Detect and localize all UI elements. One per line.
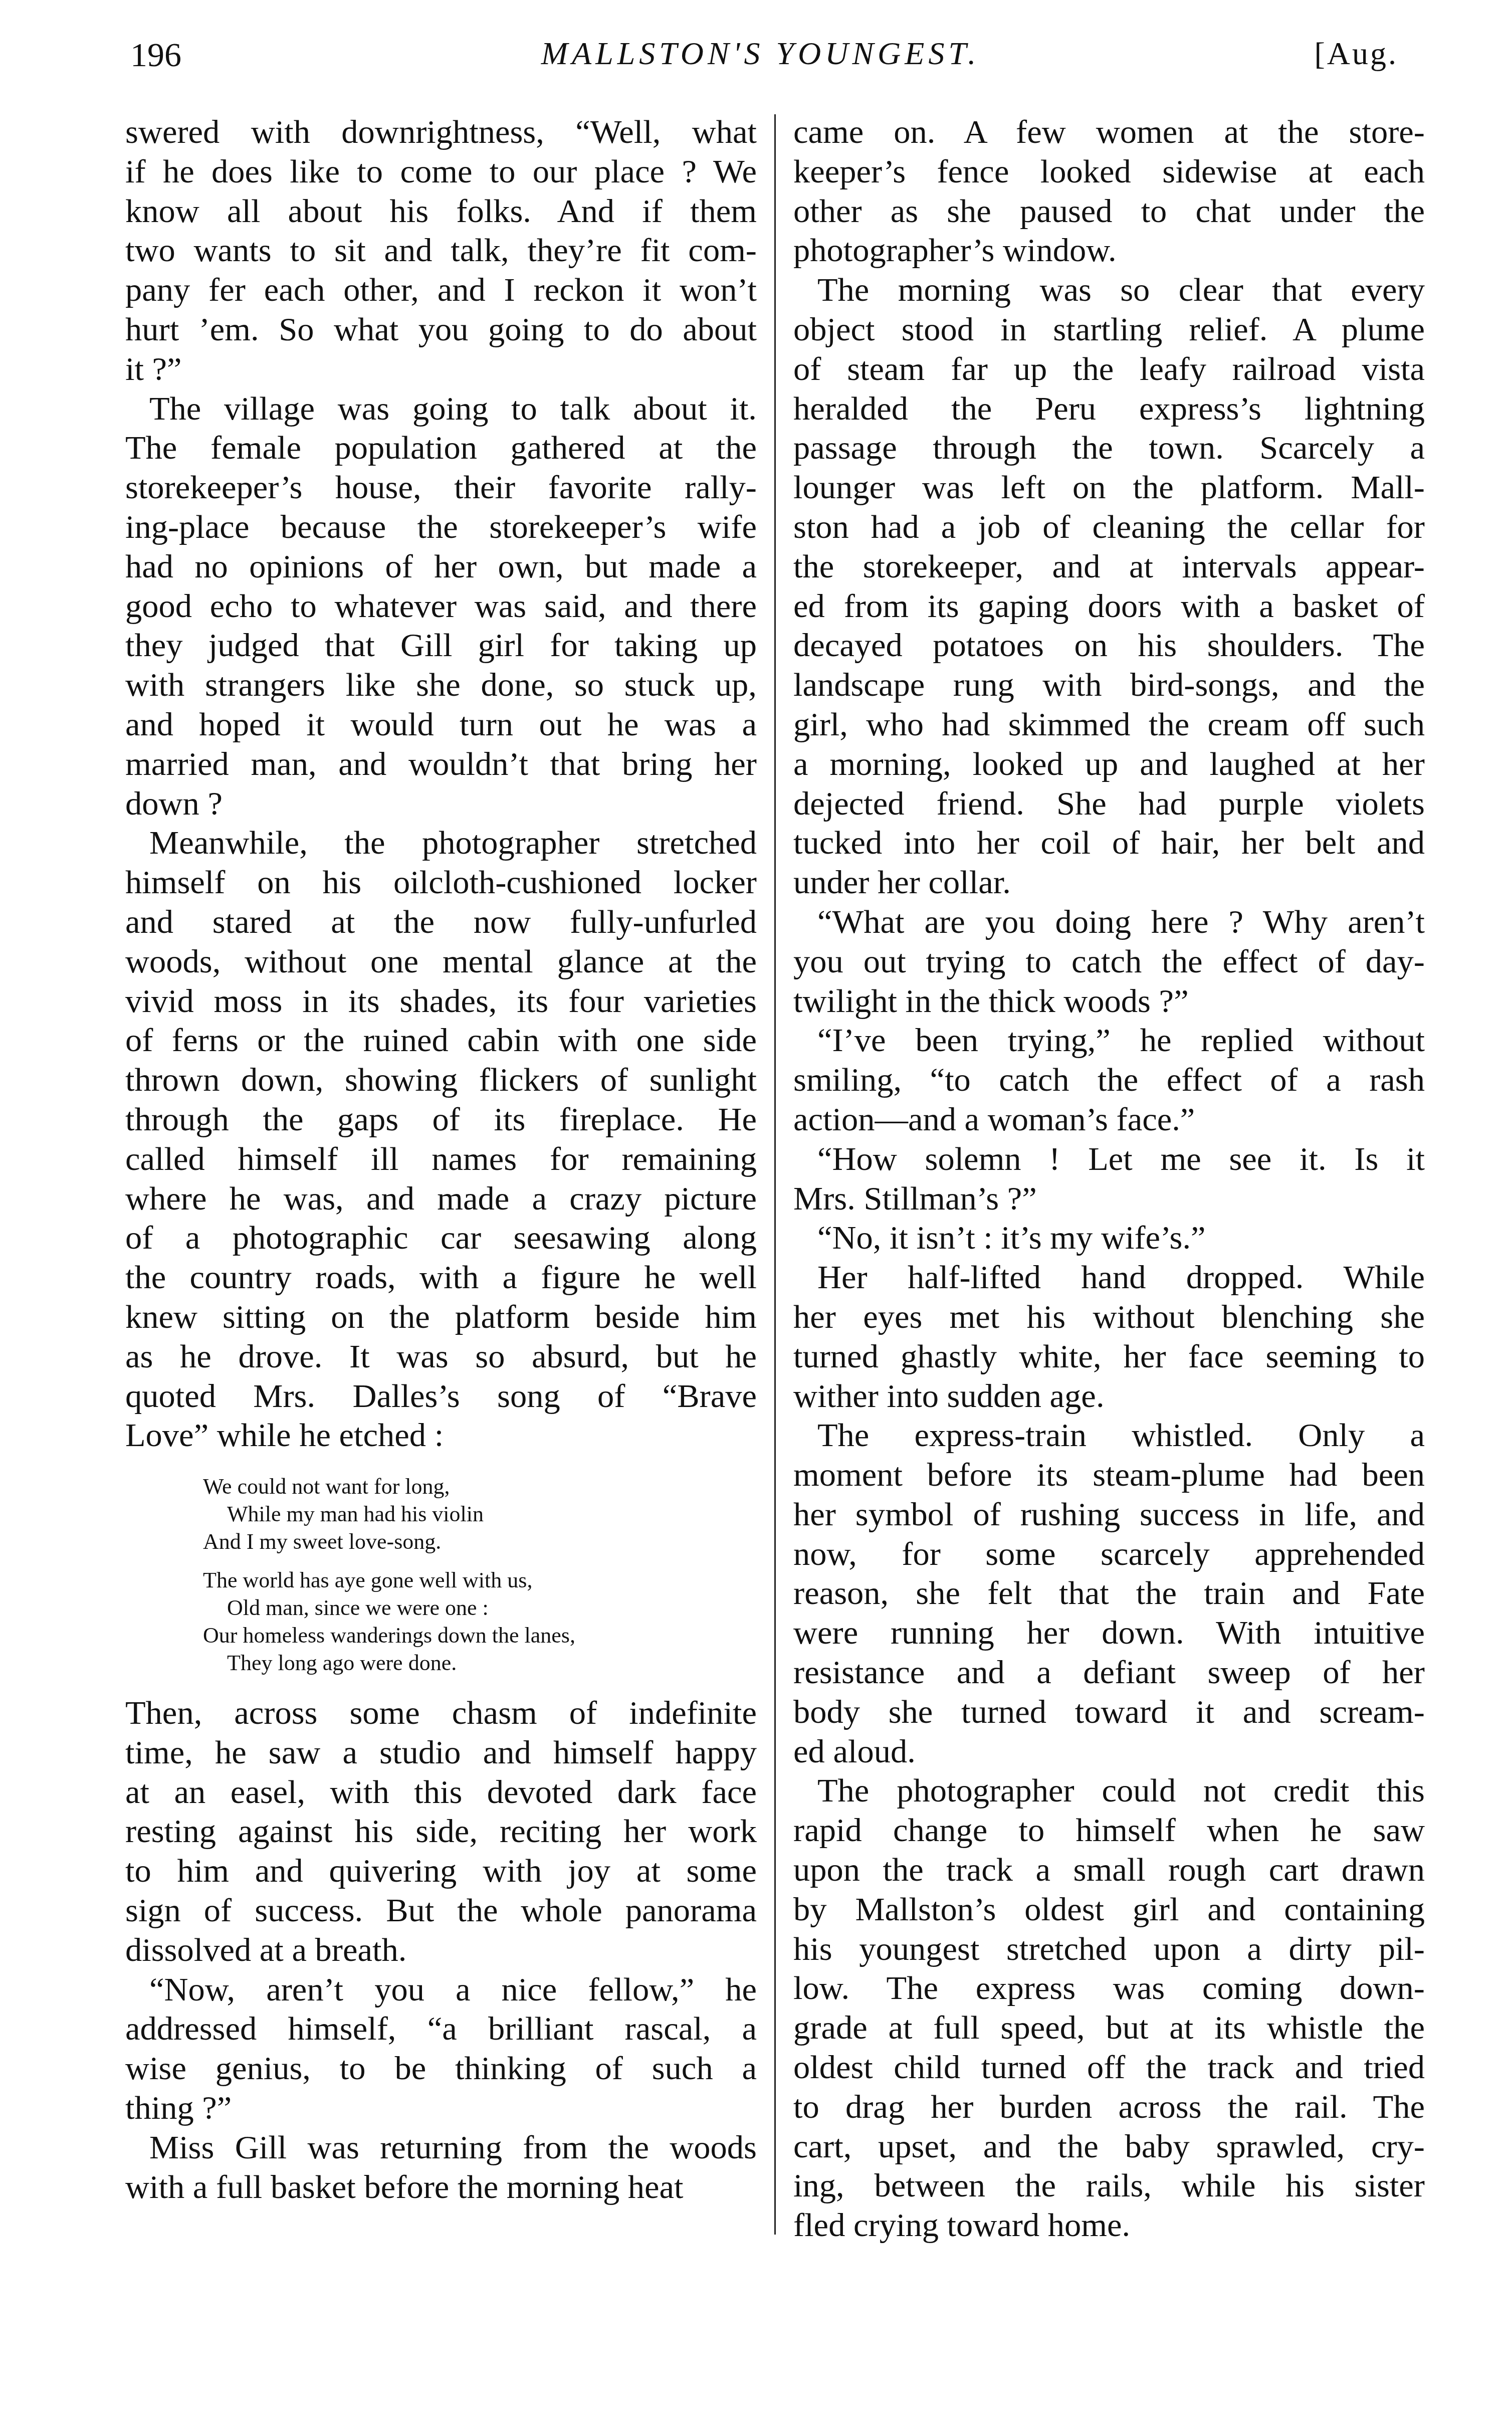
right-column: came on. A few women at the store-keeper… (793, 113, 1425, 2246)
text-line: to drag her burden across the rail. The (793, 2088, 1425, 2127)
poem-block: We could not want for long, While my man… (203, 1473, 757, 1677)
text-line: “Now, aren’t you a nice fellow,” he (125, 1970, 757, 2010)
text-line: pany fer each other, and I reckon it won… (125, 271, 757, 310)
text-line: Then, across some chasm of indefinite (125, 1694, 757, 1733)
text-line: and stared at the now fully-unfurled (125, 903, 757, 942)
text-line: ston had a job of cleaning the cellar fo… (793, 508, 1425, 547)
text-line: “How solemn ! Let me see it. Is it (793, 1140, 1425, 1179)
text-line: Meanwhile, the photographer stretched (125, 824, 757, 863)
text-line: thrown down, showing flickers of sunligh… (125, 1061, 757, 1100)
text-line: married man, and wouldn’t that bring her (125, 745, 757, 784)
text-line: of steam far up the leafy railroad vista (793, 350, 1425, 389)
text-line: photographer’s window. (793, 231, 1425, 271)
text-line: to him and quivering with joy at some (125, 1852, 757, 1891)
text-line: resting against his side, reciting her w… (125, 1812, 757, 1852)
running-title: MALLSTON'S YOUNGEST. (123, 35, 1398, 72)
text-line: woods, without one mental glance at the (125, 942, 757, 982)
left-column-text-a: swered with downrightness, “Well, whatif… (125, 113, 757, 1456)
text-line: good echo to whatever was said, and ther… (125, 587, 757, 627)
text-line: body she turned toward it and scream- (793, 1693, 1425, 1732)
text-line: “I’ve been trying,” he replied without (793, 1021, 1425, 1061)
poem-line: And I my sweet love-song. (203, 1528, 757, 1555)
text-line: two wants to sit and talk, they’re fit c… (125, 231, 757, 271)
text-line: had no opinions of her own, but made a (125, 547, 757, 587)
text-line: The morning was so clear that every (793, 271, 1425, 310)
text-line: upon the track a small rough cart drawn (793, 1851, 1425, 1890)
text-line: moment before its steam-plume had been (793, 1456, 1425, 1495)
text-line: dissolved at a breath. (125, 1931, 757, 1970)
text-line: and hoped it would turn out he was a (125, 705, 757, 745)
text-line: himself on his oilcloth-cushioned locker (125, 863, 757, 903)
text-line: tucked into her coil of hair, her belt a… (793, 824, 1425, 863)
text-line: rapid change to himself when he saw (793, 1811, 1425, 1851)
text-line: girl, who had skimmed the cream off such (793, 705, 1425, 745)
text-line: it ?” (125, 350, 757, 389)
text-line: the storekeeper, and at intervals appear… (793, 547, 1425, 587)
text-line: the country roads, with a figure he well (125, 1258, 757, 1298)
text-line: with strangers like she done, so stuck u… (125, 666, 757, 705)
page-header: 196 MALLSTON'S YOUNGEST. [Aug. (123, 30, 1398, 85)
text-line: thing ?” (125, 2089, 757, 2128)
text-line: of a photographic car seesawing along (125, 1219, 757, 1258)
text-line: as he drove. It was so absurd, but he (125, 1337, 757, 1377)
month-label: [Aug. (1314, 35, 1398, 72)
text-line: through the gaps of its fireplace. He (125, 1100, 757, 1140)
text-line: knew sitting on the platform beside him (125, 1298, 757, 1337)
text-line: her eyes met his without blenching she (793, 1298, 1425, 1337)
poem-stanza-2: The world has aye gone well with us, Old… (203, 1566, 757, 1677)
text-line: lounger was left on the platform. Mall- (793, 468, 1425, 508)
poem-line: Our homeless wanderings down the lanes, (203, 1622, 757, 1649)
text-line: under her collar. (793, 863, 1425, 903)
text-line: down ? (125, 784, 757, 824)
text-line: other as she paused to chat under the (793, 192, 1425, 232)
text-line: “No, it isn’t : it’s my wife’s.” (793, 1219, 1425, 1258)
text-line: time, he saw a studio and himself happy (125, 1733, 757, 1773)
poem-line: While my man had his violin (203, 1500, 757, 1528)
text-line: The female population gathered at the (125, 429, 757, 468)
text-line: resistance and a defiant sweep of her (793, 1653, 1425, 1693)
text-line: low. The express was coming down- (793, 1969, 1425, 2008)
poem-line: The world has aye gone well with us, (203, 1566, 757, 1594)
text-line: Miss Gill was returning from the woods (125, 2128, 757, 2168)
text-line: landscape rung with bird-songs, and the (793, 666, 1425, 705)
text-line: ed from its gaping doors with a basket o… (793, 587, 1425, 627)
text-line: swered with downrightness, “Well, what (125, 113, 757, 152)
column-divider (774, 114, 776, 2235)
text-line: where he was, and made a crazy picture (125, 1179, 757, 1219)
text-line: Mrs. Stillman’s ?” (793, 1179, 1425, 1219)
right-column-text: came on. A few women at the store-keeper… (793, 113, 1425, 2246)
left-column-text-b: Then, across some chasm of indefinitetim… (125, 1694, 757, 2207)
text-line: oldest child turned off the track and tr… (793, 2048, 1425, 2088)
text-line: The express-train whistled. Only a (793, 1416, 1425, 1456)
text-line: wither into sudden age. (793, 1377, 1425, 1417)
text-line: twilight in the thick woods ?” (793, 982, 1425, 1022)
text-line: were running her down. With intuitive (793, 1614, 1425, 1653)
text-line: his youngest stretched upon a dirty pil- (793, 1930, 1425, 1969)
text-line: ing-place because the storekeeper’s wife (125, 508, 757, 547)
text-line: by Mallston’s oldest girl and containing (793, 1890, 1425, 1930)
text-line: know all about his folks. And if them (125, 192, 757, 232)
text-line: a morning, looked up and laughed at her (793, 745, 1425, 784)
text-line: decayed potatoes on his shoulders. The (793, 626, 1425, 666)
text-line: reason, she felt that the train and Fate (793, 1574, 1425, 1614)
text-line: passage through the town. Scarcely a (793, 429, 1425, 468)
text-line: quoted Mrs. Dalles’s song of “Brave (125, 1377, 757, 1417)
text-line: they judged that Gill girl for taking up (125, 626, 757, 666)
text-line: The village was going to talk about it. (125, 389, 757, 429)
text-line: smiling, “to catch the effect of a rash (793, 1061, 1425, 1100)
text-line: The photographer could not credit this (793, 1771, 1425, 1811)
text-line: at an easel, with this devoted dark face (125, 1773, 757, 1813)
text-line: if he does like to come to our place ? W… (125, 152, 757, 192)
text-line: of ferns or the ruined cabin with one si… (125, 1021, 757, 1061)
text-line: called himself ill names for remaining (125, 1140, 757, 1179)
text-line: cart, upset, and the baby sprawled, cry- (793, 2127, 1425, 2167)
text-line: with a full basket before the morning he… (125, 2168, 757, 2207)
text-line: came on. A few women at the store- (793, 113, 1425, 152)
text-line: her symbol of rushing success in life, a… (793, 1495, 1425, 1535)
text-line: fled crying toward home. (793, 2206, 1425, 2246)
text-line: storekeeper’s house, their favorite rall… (125, 468, 757, 508)
text-line: Love” while he etched : (125, 1416, 757, 1456)
poem-line: Old man, since we were one : (203, 1594, 757, 1622)
text-line: “What are you doing here ? Why aren’t (793, 903, 1425, 942)
text-line: sign of success. But the whole panorama (125, 1891, 757, 1931)
text-line: heralded the Peru express’s lightning (793, 389, 1425, 429)
left-column: swered with downrightness, “Well, whatif… (125, 113, 757, 2207)
text-line: turned ghastly white, her face seeming t… (793, 1337, 1425, 1377)
text-line: ing, between the rails, while his sister (793, 2166, 1425, 2206)
text-line: you out trying to catch the effect of da… (793, 942, 1425, 982)
text-line: addressed himself, “a brilliant rascal, … (125, 2010, 757, 2049)
text-line: now, for some scarcely apprehended (793, 1535, 1425, 1574)
text-line: object stood in startling relief. A plum… (793, 310, 1425, 350)
poem-line: They long ago were done. (203, 1649, 757, 1677)
poem-line: We could not want for long, (203, 1473, 757, 1500)
text-line: grade at full speed, but at its whistle … (793, 2008, 1425, 2048)
text-line: action—and a woman’s face.” (793, 1100, 1425, 1140)
text-line: ed aloud. (793, 1732, 1425, 1772)
poem-stanza-1: We could not want for long, While my man… (203, 1473, 757, 1555)
text-line: dejected friend. She had purple violets (793, 784, 1425, 824)
text-line: vivid moss in its shades, its four varie… (125, 982, 757, 1022)
text-line: Her half-lifted hand dropped. While (793, 1258, 1425, 1298)
text-line: wise genius, to be thinking of such a (125, 2049, 757, 2089)
text-line: hurt ’em. So what you going to do about (125, 310, 757, 350)
text-line: keeper’s fence looked sidewise at each (793, 152, 1425, 192)
